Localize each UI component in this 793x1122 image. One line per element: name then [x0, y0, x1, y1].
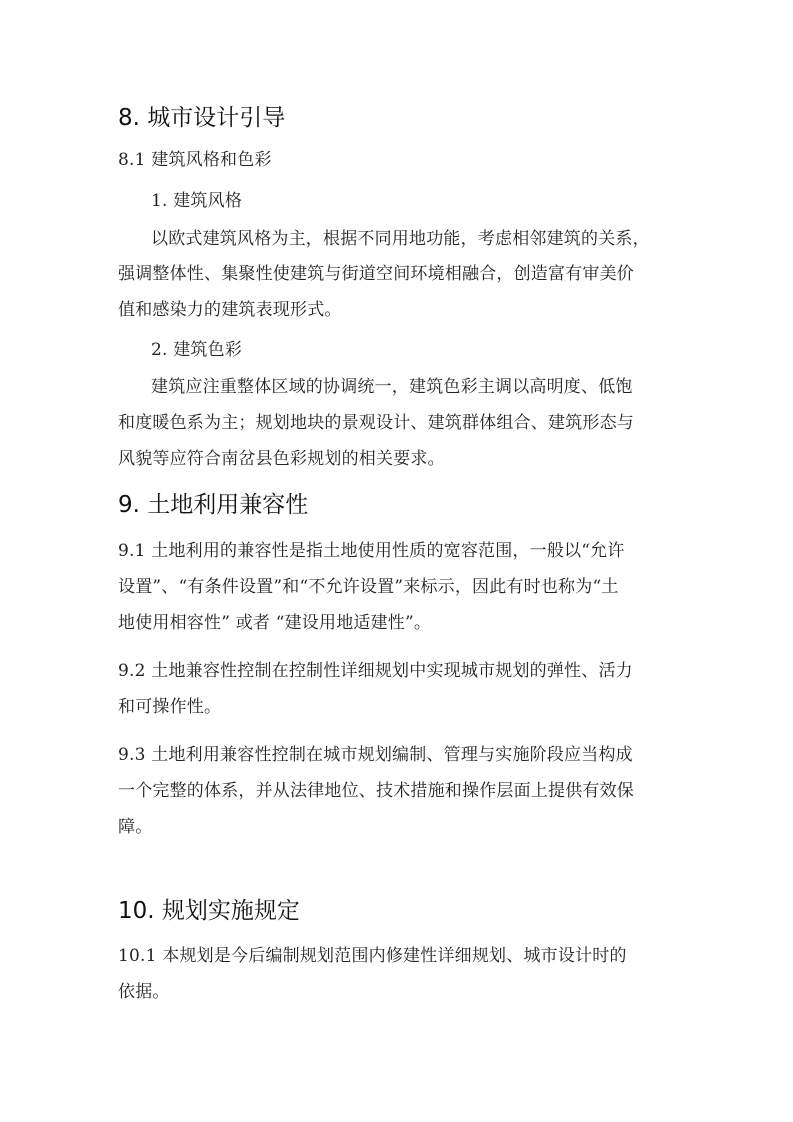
paragraph-line: 一个完整的体系，并从法律地位、技术措施和操作层面上提供有效保 [118, 780, 634, 802]
paragraph-line: 建筑应注重整体区域的协调统一，建筑色彩主调以高明度、低饱 [151, 376, 633, 398]
paragraph-line: 障。 [118, 816, 152, 838]
paragraph-line: 强调整体性、集聚性使建筑与街道空间环境相融合，创造富有审美价 [118, 263, 634, 285]
paragraph-line: 9.1 土地利用的兼容性是指土地使用性质的宽容范围，一般以“允许 [118, 540, 625, 562]
paragraph-line: 9.3 土地利用兼容性控制在城市规划编制、管理与实施阶段应当构成 [118, 744, 633, 766]
paragraph-line: 依据。 [118, 981, 170, 1003]
item-title-architecture-style: 1. 建筑风格 [151, 190, 242, 212]
paragraph-line: 和可操作性。 [118, 696, 221, 718]
paragraph-line: 值和感染力的建筑表现形式。 [118, 299, 342, 321]
section-heading-8: 8. 城市设计引导 [118, 103, 285, 133]
paragraph-line: 以欧式建筑风格为主，根据不同用地功能，考虑相邻建筑的关系， [151, 228, 650, 250]
document-page: 8. 城市设计引导 8.1 建筑风格和色彩 1. 建筑风格 以欧式建筑风格为主，… [0, 0, 793, 1122]
paragraph-line: 和度暖色系为主；规划地块的景观设计、建筑群体组合、建筑形态与 [118, 412, 634, 434]
item-title-architecture-color: 2. 建筑色彩 [151, 339, 242, 361]
paragraph-line: 地使用相容性” 或者 “建设用地适建性”。 [118, 612, 431, 634]
paragraph-line: 设置”、“有条件设置”和“不允许设置”来标示，因此有时也称为“土 [118, 576, 619, 598]
paragraph-line: 风貌等应符合南岔县色彩规划的相关要求。 [118, 448, 445, 470]
section-heading-10: 10. 规划实施规定 [118, 896, 300, 926]
paragraph-line: 9.2 土地兼容性控制在控制性详细规划中实现城市规划的弹性、活力 [118, 660, 633, 682]
section-heading-9: 9. 土地利用兼容性 [118, 490, 308, 520]
subsection-title-8-1: 8.1 建筑风格和色彩 [118, 149, 272, 171]
paragraph-line: 10.1 本规划是今后编制规划范围内修建性详细规划、城市设计时的 [118, 945, 627, 967]
